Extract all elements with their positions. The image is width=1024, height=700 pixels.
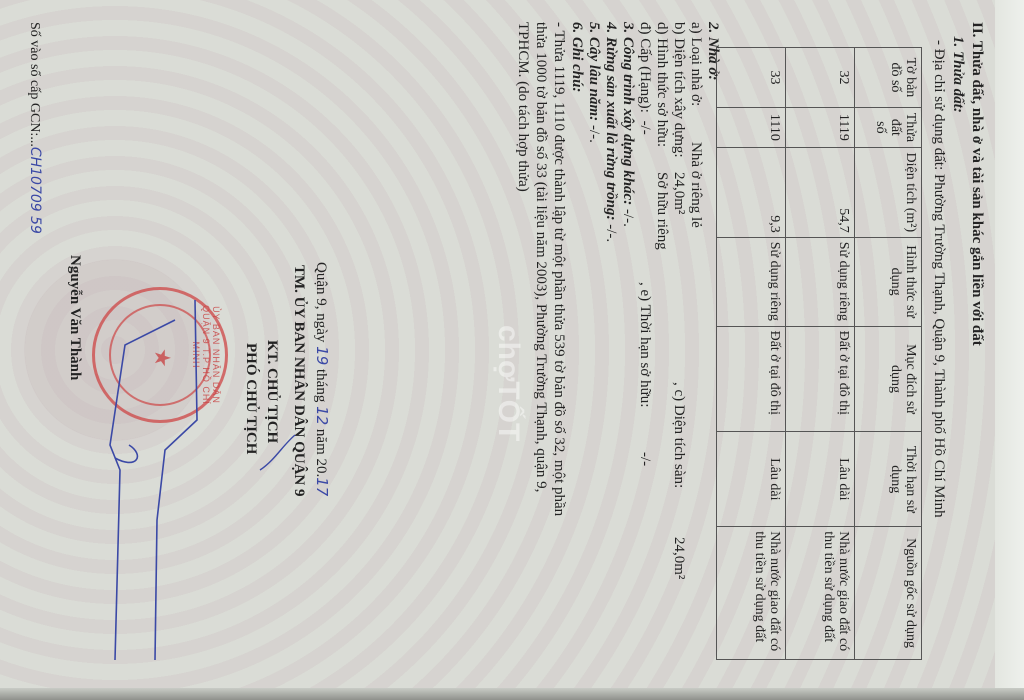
registry-number: Số vào sổ cấp GCN:...CH10709 59 [26, 22, 43, 234]
land-certificate-page: II. Thửa đất, nhà ở và tài sản khác gắn … [0, 0, 995, 688]
paper-edge-shadow [0, 688, 1024, 700]
registry-label: Số vào sổ cấp GCN:... [27, 22, 42, 147]
background-surface [995, 0, 1024, 700]
signer-name: Nguyễn Văn Thành [66, 255, 83, 380]
handwritten-signature [0, 0, 995, 688]
registry-value: CH10709 59 [27, 147, 43, 234]
